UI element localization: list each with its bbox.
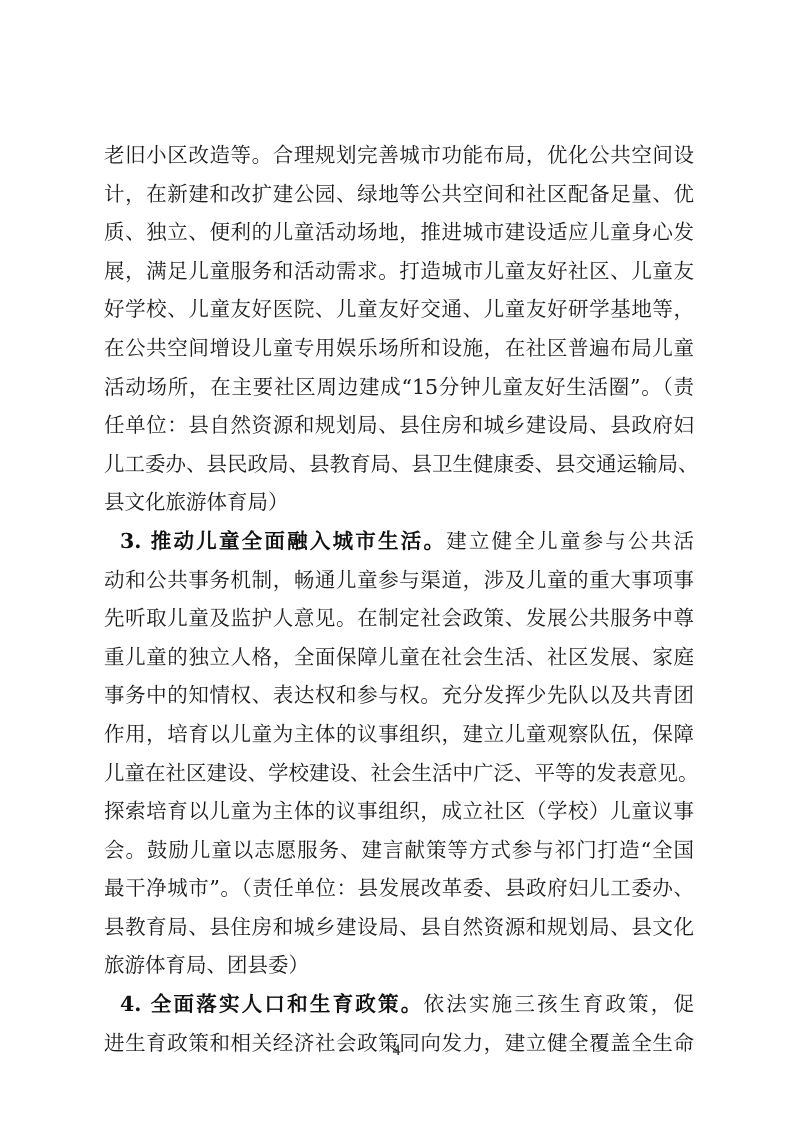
text-line: 探索培育以儿童为主体的议事组织，成立社区（学校）儿童议事	[104, 792, 694, 831]
section-3-first-line-text: 建立健全儿童参与公共活	[446, 529, 694, 553]
text-line: 最干净城市”。（责任单位：县发展改革委、县政府妇儿工委办、	[104, 869, 694, 908]
section-4-first-line-text: 依法实施三孩生育政策，促	[424, 992, 695, 1016]
text-line: 重儿童的独立人格，全面保障儿童在社会生活、社区发展、家庭	[104, 638, 694, 677]
text-line: 动和公共事务机制，畅通儿童参与渠道，涉及儿童的重大事项事	[104, 561, 694, 600]
text-line: 任单位：县自然资源和规划局、县住房和城乡建设局、县政府妇	[104, 406, 694, 445]
text-line: 老旧小区改造等。合理规划完善城市功能布局，优化公共空间设	[104, 136, 694, 175]
text-line: 县文化旅游体育局）	[104, 483, 694, 522]
page-number: 4	[0, 1042, 793, 1060]
text-line: 事务中的知情权、表达权和参与权。充分发挥少先队以及共青团	[104, 676, 694, 715]
text-line: 旅游体育局、团县委）	[104, 946, 694, 985]
text-line: 作用，培育以儿童为主体的议事组织，建立儿童观察队伍，保障	[104, 715, 694, 754]
text-line: 在公共空间增设儿童专用娱乐场所和设施，在社区普遍布局儿童	[104, 329, 694, 368]
text-line: 县教育局、县住房和城乡建设局、县自然资源和规划局、县文化	[104, 908, 694, 947]
text-line: 活动场所，在主要社区周边建成“15分钟儿童友好生活圈”。（责	[104, 368, 694, 407]
body-text: 老旧小区改造等。合理规划完善城市功能布局，优化公共空间设 计，在新建和改扩建公园…	[104, 136, 694, 1062]
text-line: 展，满足儿童服务和活动需求。打造城市儿童友好社区、儿童友	[104, 252, 694, 291]
text-line: 儿童在社区建设、学校建设、社会生活中广泛、平等的发表意见。	[104, 754, 694, 793]
section-4-heading: 4. 全面落实人口和生育政策。	[120, 992, 424, 1016]
text-line: 好学校、儿童友好医院、儿童友好交通、儿童友好研学基地等，	[104, 290, 694, 329]
document-page: 老旧小区改造等。合理规划完善城市功能布局，优化公共空间设 计，在新建和改扩建公园…	[0, 0, 793, 1122]
text-line: 质、独立、便利的儿童活动场地，推进城市建设适应儿童身心发	[104, 213, 694, 252]
section-4-first-line: 4. 全面落实人口和生育政策。依法实施三孩生育政策，促	[104, 985, 694, 1024]
text-line: 儿工委办、县民政局、县教育局、县卫生健康委、县交通运输局、	[104, 445, 694, 484]
text-line: 计，在新建和改扩建公园、绿地等公共空间和社区配备足量、优	[104, 175, 694, 214]
section-3-heading: 3. 推动儿童全面融入城市生活。	[120, 529, 446, 553]
text-line: 会。鼓励儿童以志愿服务、建言献策等方式参与祁门打造“全国	[104, 831, 694, 870]
section-3-first-line: 3. 推动儿童全面融入城市生活。建立健全儿童参与公共活	[104, 522, 694, 561]
text-line: 先听取儿童及监护人意见。在制定社会政策、发展公共服务中尊	[104, 599, 694, 638]
